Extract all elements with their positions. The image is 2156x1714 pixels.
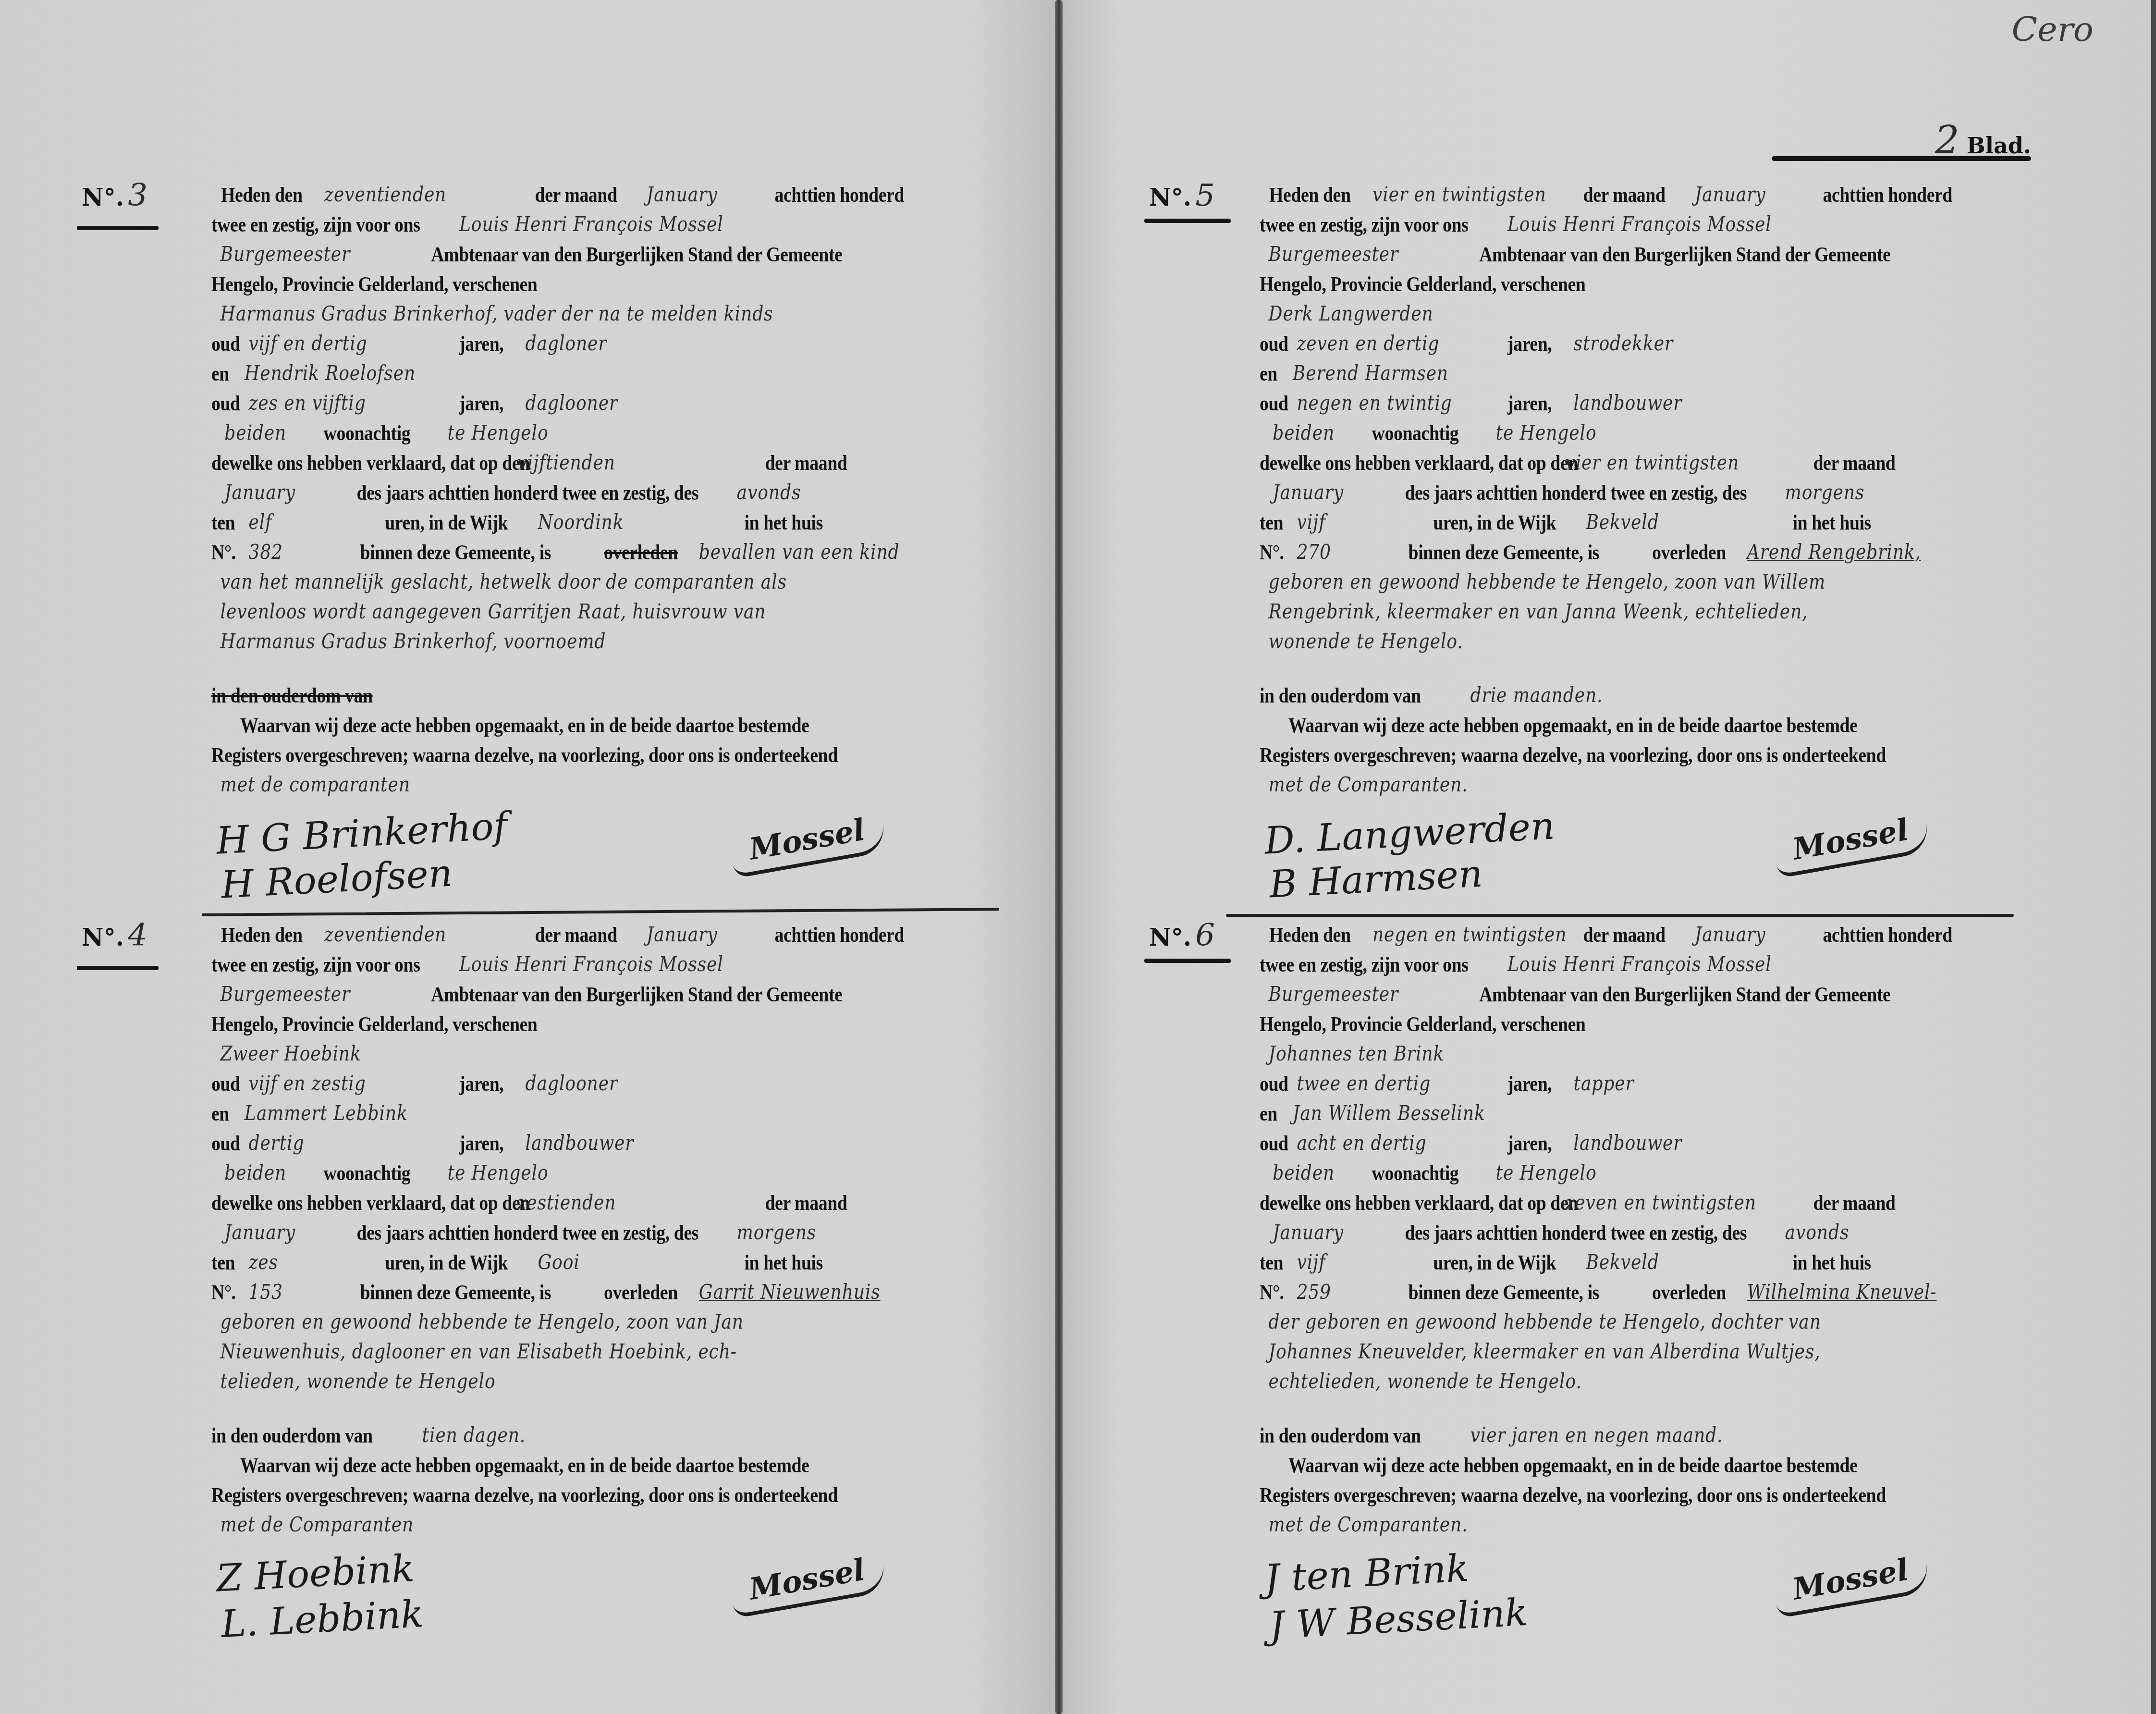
event-day: vier en twintigsten xyxy=(1565,451,1739,474)
printed-text: ten xyxy=(211,1250,235,1275)
printed-text: ten xyxy=(211,510,235,535)
form-line: Heden denzeventiendender maandJanuaryach… xyxy=(221,183,938,212)
printed-text: en xyxy=(1260,361,1277,386)
residence: te Hengelo xyxy=(1496,421,1597,444)
overleden-label: overleden xyxy=(1652,540,1726,565)
declarant1-age: zeven en dertig xyxy=(1297,332,1439,355)
event-day: zeven en twintigsten xyxy=(1565,1191,1756,1214)
record-number-rule xyxy=(1144,219,1231,223)
form-line: Registers overgeschreven; waarna dezelve… xyxy=(211,1483,937,1513)
form-line: met de Comparanten. xyxy=(1264,1513,2027,1542)
declarant1-occupation: dagloner xyxy=(526,332,607,355)
ouderdom-label: in den ouderdom van xyxy=(1260,1423,1421,1448)
ward-value: Bekveld xyxy=(1586,1250,1659,1274)
record: N°.6Heden dennegen en twintigstender maa… xyxy=(1063,913,2151,1682)
record: N°.3Heden denzeventiendender maandJanuar… xyxy=(0,173,1055,875)
form-line: ouddertigjaren,landbouwer xyxy=(211,1131,937,1161)
declarant2-name: Hendrik Roelofsen xyxy=(245,361,416,385)
closing-text: met de Comparanten. xyxy=(1269,1513,1468,1536)
deceased-detail: geboren en gewoond hebbende te Hengelo, … xyxy=(1269,570,1825,593)
printed-text: der maand xyxy=(1813,451,1895,475)
residence-prefix: beiden xyxy=(224,421,286,444)
form-line: telieden, wonende te Hengelo xyxy=(216,1369,938,1399)
sheet-word: Blad. xyxy=(1967,133,2031,159)
printed-text: achttien honderd xyxy=(774,923,904,947)
form-line: Harmanus Gradus Brinkerhof, voornoemd xyxy=(216,629,938,659)
declarant2-name: Jan Willem Besselink xyxy=(1293,1101,1485,1125)
form-line: Januarydes jaars achttien honderd twee e… xyxy=(1264,481,2027,510)
form-line: oudnegen en twintigjaren,landbouwer xyxy=(1260,391,2026,421)
closing-text: met de Comparanten xyxy=(220,1513,414,1536)
declarant1-occupation: tapper xyxy=(1574,1072,1634,1095)
printed-text: twee en zestig, zijn voor ons xyxy=(1260,212,1469,237)
deceased-detail: der geboren en gewoond hebbende te Henge… xyxy=(1269,1310,1821,1333)
form-line: met de comparanten xyxy=(216,773,938,802)
printed-text: in het huis xyxy=(1792,510,1871,535)
closing-text: met de comparanten xyxy=(220,773,410,796)
form-line: echtelieden, wonende te Hengelo. xyxy=(1264,1369,2027,1399)
printed-text: oud xyxy=(1260,332,1288,356)
declarant-signature: D. Langwerden xyxy=(1263,804,1556,863)
printed-text: oud xyxy=(1260,1072,1288,1096)
official-title: Burgemeester xyxy=(1269,242,1399,266)
ward-value: Bekveld xyxy=(1586,510,1659,534)
form-line: N°.259binnen deze Gemeente, isoverledenW… xyxy=(1260,1280,2026,1310)
declarant2-occupation: landbouwer xyxy=(1574,1131,1682,1155)
form-line: Januarydes jaars achttien honderd twee e… xyxy=(1264,1221,2027,1250)
printed-text: uren, in de Wijk xyxy=(385,510,508,535)
book-spine xyxy=(1055,0,1063,1714)
printed-text: Ambtenaar van den Burgerlijken Stand der… xyxy=(431,982,842,1007)
printed-text: oud xyxy=(211,332,240,356)
overleden-label: overleden xyxy=(1652,1280,1726,1305)
form-line: twee en zestig, zijn voor onsLouis Henri… xyxy=(211,952,937,982)
printed-text: jaren, xyxy=(1507,1072,1552,1096)
deceased-detail: Nieuwenhuis, daglooner en van Elisabeth … xyxy=(220,1340,737,1363)
form-line: enLammert Lebbink xyxy=(211,1101,937,1131)
form-line: BurgemeesterAmbtenaar van den Burgerlijk… xyxy=(1264,982,2027,1012)
printed-text: oud xyxy=(211,1131,240,1156)
printed-text: der maand xyxy=(1583,183,1666,207)
printed-text: Hengelo, Provincie Gelderland, verschene… xyxy=(1260,272,1585,296)
ouderdom-label: in den ouderdom van xyxy=(211,683,373,708)
official-name: Louis Henri François Mossel xyxy=(1507,952,1772,976)
form-line: Johannes ten Brink xyxy=(1264,1042,2027,1072)
printed-text: binnen deze Gemeente, is xyxy=(360,1280,551,1305)
month-value: January xyxy=(1695,923,1766,946)
event-text: bevallen van een kind xyxy=(699,540,900,564)
printed-text: en xyxy=(211,361,229,386)
official-name: Louis Henri François Mossel xyxy=(1507,212,1772,236)
printed-text: des jaars achttien honderd twee en zesti… xyxy=(356,481,698,505)
month-value: January xyxy=(1695,183,1766,206)
deceased-detail: geboren en gewoond hebbende te Hengelo, … xyxy=(220,1310,744,1333)
overleden-label: overleden xyxy=(604,1280,678,1305)
form-line: BurgemeesterAmbtenaar van den Burgerlijk… xyxy=(216,242,938,272)
form-line: dewelke ons hebben verklaard, dat op den… xyxy=(1260,1191,2026,1221)
official-signature: Mossel xyxy=(728,1548,888,1618)
form-line: dewelke ons hebben verklaard, dat op den… xyxy=(211,1191,937,1221)
printed-text: Hengelo, Provincie Gelderland, verschene… xyxy=(211,272,537,296)
record: N°.5Heden denvier en twintigstender maan… xyxy=(1063,173,2151,875)
declarant-signature: Z Hoebink xyxy=(215,1547,416,1600)
printed-text: Heden den xyxy=(1269,183,1351,207)
declarant-signature: J ten Brink xyxy=(1263,1547,1470,1601)
printed-text: Ambtenaar van den Burgerlijken Stand der… xyxy=(431,242,842,267)
printed-text: jaren, xyxy=(459,332,503,356)
form-line: van het mannelijk geslacht, hetwelk door… xyxy=(216,570,938,600)
printed-text: Heden den xyxy=(1269,923,1351,947)
printed-text: Registers overgeschreven; waarna dezelve… xyxy=(211,1483,838,1507)
official-title: Burgemeester xyxy=(1269,982,1399,1006)
printed-text: der maand xyxy=(1583,923,1666,947)
event-day: vijftienden xyxy=(517,451,615,474)
deceased-name: Garrit Nieuwenhuis xyxy=(699,1280,881,1304)
form-line: enBerend Harmsen xyxy=(1260,361,2026,391)
printed-text: Registers overgeschreven; waarna dezelve… xyxy=(211,743,838,767)
form-line: Januarydes jaars achttien honderd twee e… xyxy=(216,481,938,510)
house-number: 382 xyxy=(248,540,283,564)
printed-text: twee en zestig, zijn voor ons xyxy=(1260,952,1469,977)
form-line: Rengebrink, kleermaker en van Janna Ween… xyxy=(1264,600,2027,629)
printed-text: Registers overgeschreven; waarna dezelve… xyxy=(1260,1483,1886,1507)
declarant2-age: acht en dertig xyxy=(1297,1131,1426,1155)
deceased-name: Wilhelmina Kneuvel- xyxy=(1747,1280,1937,1304)
month-value: January xyxy=(647,923,718,946)
printed-text: in het huis xyxy=(744,1250,823,1275)
printed-text: dewelke ons hebben verklaard, dat op den xyxy=(211,1191,530,1215)
form-line: Waarvan wij deze acte hebben opgemaakt, … xyxy=(240,1453,941,1483)
printed-text: Heden den xyxy=(221,183,303,207)
deceased-detail: wonende te Hengelo. xyxy=(1269,629,1463,653)
printed-text: oud xyxy=(211,1072,240,1096)
printed-text: achttien honderd xyxy=(774,183,904,207)
form-line: twee en zestig, zijn voor onsLouis Henri… xyxy=(211,212,937,242)
deceased-detail: telieden, wonende te Hengelo xyxy=(220,1369,496,1393)
record-number-value: 5 xyxy=(1195,178,1215,213)
hour-value: vijf xyxy=(1297,510,1325,534)
form-line: Heden dennegen en twintigstender maandJa… xyxy=(1269,923,2028,952)
page-edge xyxy=(2151,0,2156,1714)
residence: te Hengelo xyxy=(1496,1161,1597,1184)
printed-text: Hengelo, Provincie Gelderland, verschene… xyxy=(211,1012,537,1036)
form-line: oudvijf en zestigjaren,daglooner xyxy=(211,1072,937,1101)
record-number-rule xyxy=(1144,959,1231,963)
printed-text: N°. xyxy=(1260,540,1284,565)
declarant2-age: negen en twintig xyxy=(1297,391,1452,415)
printed-text: en xyxy=(211,1101,229,1126)
form-line: BurgemeesterAmbtenaar van den Burgerlijk… xyxy=(216,982,938,1012)
printed-text: Waarvan wij deze acte hebben opgemaakt, … xyxy=(1288,1453,1857,1478)
form-line: Hengelo, Provincie Gelderland, verschene… xyxy=(211,1012,937,1042)
form-line: Heden denzeventiendender maandJanuaryach… xyxy=(221,923,938,952)
form-line: Registers overgeschreven; waarna dezelve… xyxy=(211,743,937,773)
form-line: Waarvan wij deze acte hebben opgemaakt, … xyxy=(240,713,941,743)
declarant1-age: vijf en zestig xyxy=(248,1072,366,1095)
deceased-detail: echtelieden, wonende te Hengelo. xyxy=(1269,1369,1582,1393)
time-of-day: morgens xyxy=(1785,481,1865,504)
age-at-death: drie maanden. xyxy=(1470,683,1603,707)
age-at-death: vier jaren en negen maand. xyxy=(1470,1423,1723,1447)
printed-text: ten xyxy=(1260,1250,1283,1275)
record-number: N°.3 xyxy=(82,178,148,213)
printed-text: jaren, xyxy=(459,1072,503,1096)
printed-text: twee en zestig, zijn voor ons xyxy=(211,952,420,977)
printed-text: Waarvan wij deze acte hebben opgemaakt, … xyxy=(240,713,809,738)
printed-text: achttien honderd xyxy=(1823,183,1952,207)
printed-text: oud xyxy=(211,391,240,416)
form-line: beidenwoonachtigte Hengelo xyxy=(1264,421,2027,451)
printed-text: dewelke ons hebben verklaard, dat op den xyxy=(1260,1191,1578,1215)
form-line: oudtwee en dertigjaren,tapper xyxy=(1260,1072,2026,1101)
ward-value: Noordink xyxy=(538,510,624,534)
event-month: January xyxy=(1273,481,1344,504)
record-number-rule xyxy=(77,966,159,970)
record-number-value: 6 xyxy=(1195,918,1215,953)
printed-text: des jaars achttien honderd twee en zesti… xyxy=(356,1221,698,1245)
printed-text: oud xyxy=(1260,391,1288,416)
form-line: met de Comparanten. xyxy=(1264,773,2027,802)
declarant1-name: Zweer Hoebink xyxy=(220,1042,361,1065)
form-line: Nieuwenhuis, daglooner en van Elisabeth … xyxy=(216,1340,938,1369)
time-of-day: morgens xyxy=(737,1221,817,1244)
form-line: beidenwoonachtigte Hengelo xyxy=(1264,1161,2027,1191)
printed-text: N°. xyxy=(211,1280,236,1305)
register-spread: N°.3Heden denzeventiendender maandJanuar… xyxy=(0,0,2156,1714)
time-of-day: avonds xyxy=(1785,1221,1850,1244)
hour-value: elf xyxy=(248,510,272,534)
form-line: N°.270binnen deze Gemeente, isoverledenA… xyxy=(1260,540,2026,570)
residence-prefix: beiden xyxy=(224,1161,286,1184)
official-name: Louis Henri François Mossel xyxy=(459,212,723,236)
event-month: January xyxy=(1273,1221,1344,1244)
printed-text: jaren, xyxy=(1507,332,1552,356)
declarant-signature: J W Besselink xyxy=(1268,1591,1529,1648)
event-day: zestienden xyxy=(517,1191,616,1214)
printed-text: ten xyxy=(1260,510,1283,535)
printed-text: dewelke ons hebben verklaard, dat op den xyxy=(211,451,530,475)
printed-text: jaren, xyxy=(1507,1131,1552,1156)
printed-text: jaren, xyxy=(459,391,503,416)
form-line: twee en zestig, zijn voor onsLouis Henri… xyxy=(1260,212,2026,242)
age-at-death: tien dagen. xyxy=(422,1423,526,1447)
declarant2-occupation: daglooner xyxy=(526,391,618,415)
official-signature: Mossel xyxy=(1771,808,1932,878)
printed-text: twee en zestig, zijn voor ons xyxy=(211,212,420,237)
declarant2-age: zes en vijftig xyxy=(248,391,366,415)
form-line: enJan Willem Besselink xyxy=(1260,1101,2026,1131)
deceased-detail: Rengebrink, kleermaker en van Janna Ween… xyxy=(1269,600,1808,623)
printed-text: des jaars achttien honderd twee en zesti… xyxy=(1405,1221,1747,1245)
form-line: in den ouderdom van xyxy=(211,683,937,713)
official-name: Louis Henri François Mossel xyxy=(459,952,723,976)
declarant1-name: Harmanus Gradus Brinkerhof, vader der na… xyxy=(220,302,773,325)
printed-text: N°. xyxy=(1260,1280,1284,1305)
form-line: Registers overgeschreven; waarna dezelve… xyxy=(1260,743,2026,773)
printed-text: N°. xyxy=(211,540,236,565)
form-line: Zweer Hoebink xyxy=(216,1042,938,1072)
printed-text: jaren, xyxy=(1507,391,1552,416)
declarant2-name: Berend Harmsen xyxy=(1293,361,1448,385)
record-number: N°.5 xyxy=(1149,178,1215,213)
day-value: zeventienden xyxy=(324,923,446,946)
hour-value: zes xyxy=(248,1250,278,1274)
day-value: negen en twintigsten xyxy=(1372,923,1567,946)
record-number-label: N°. xyxy=(1149,183,1191,211)
record-number-rule xyxy=(77,226,159,230)
residence-prefix: beiden xyxy=(1273,1161,1335,1184)
printed-text: binnen deze Gemeente, is xyxy=(1409,540,1599,565)
printed-text: in het huis xyxy=(744,510,823,535)
house-number: 259 xyxy=(1297,1280,1331,1304)
form-line: enHendrik Roelofsen xyxy=(211,361,937,391)
form-line: Registers overgeschreven; waarna dezelve… xyxy=(1260,1483,2026,1513)
deceased-detail: van het mannelijk geslacht, hetwelk door… xyxy=(220,570,787,593)
form-line: Waarvan wij deze acte hebben opgemaakt, … xyxy=(1288,1453,2031,1483)
printed-text: woonachtig xyxy=(1372,421,1459,445)
official-signature: Mossel xyxy=(1771,1548,1932,1618)
day-value: vier en twintigsten xyxy=(1372,183,1546,206)
declarant2-age: dertig xyxy=(248,1131,304,1155)
record-number-label: N°. xyxy=(82,923,124,951)
printed-text: uren, in de Wijk xyxy=(1433,510,1556,535)
declarant1-name: Johannes ten Brink xyxy=(1269,1042,1445,1065)
month-value: January xyxy=(647,183,718,206)
form-line: Hengelo, Provincie Gelderland, verschene… xyxy=(1260,1012,2026,1042)
declarant1-name: Derk Langwerden xyxy=(1269,302,1433,325)
form-line: dewelke ons hebben verklaard, dat op den… xyxy=(211,451,937,481)
form-line: twee en zestig, zijn voor onsLouis Henri… xyxy=(1260,952,2026,982)
event-month: January xyxy=(224,481,295,504)
form-line: beidenwoonachtigte Hengelo xyxy=(216,421,938,451)
printed-text: Ambtenaar van den Burgerlijken Stand der… xyxy=(1479,242,1890,267)
printed-text: Hengelo, Provincie Gelderland, verschene… xyxy=(1260,1012,1585,1036)
form-line: Hengelo, Provincie Gelderland, verschene… xyxy=(211,272,937,302)
left-page: N°.3Heden denzeventiendender maandJanuar… xyxy=(0,0,1055,1714)
printed-text: Waarvan wij deze acte hebben opgemaakt, … xyxy=(240,1453,809,1478)
form-line: Derk Langwerden xyxy=(1264,302,2027,332)
residence: te Hengelo xyxy=(448,421,549,444)
printed-text: woonachtig xyxy=(324,1161,411,1185)
printed-text: Waarvan wij deze acte hebben opgemaakt, … xyxy=(1288,713,1857,738)
sheet-rule xyxy=(1772,156,2031,161)
ouderdom-label: in den ouderdom van xyxy=(1260,683,1421,708)
form-line: beidenwoonachtigte Hengelo xyxy=(216,1161,938,1191)
printed-text: oud xyxy=(1260,1131,1288,1156)
ouderdom-label: in den ouderdom van xyxy=(211,1423,373,1448)
printed-text: des jaars achttien honderd twee en zesti… xyxy=(1405,481,1747,505)
printed-text: Ambtenaar van den Burgerlijken Stand der… xyxy=(1479,982,1890,1007)
printed-text: achttien honderd xyxy=(1823,923,1952,947)
printed-text: der maand xyxy=(1813,1191,1895,1215)
printed-text: uren, in de Wijk xyxy=(385,1250,508,1275)
record: N°.4Heden denzeventiendender maandJanuar… xyxy=(0,913,1055,1682)
printed-text: der maand xyxy=(535,183,617,207)
form-line: tenelfuren, in de WijkNoordinkin het hui… xyxy=(211,510,937,540)
declarant-signature: H G Brinkerhof xyxy=(215,804,508,863)
form-line: Hengelo, Provincie Gelderland, verschene… xyxy=(1260,272,2026,302)
house-number: 153 xyxy=(248,1280,283,1304)
printed-text: in het huis xyxy=(1792,1250,1871,1275)
declarant1-occupation: daglooner xyxy=(526,1072,618,1095)
form-line: in den ouderdom vandrie maanden. xyxy=(1260,683,2026,713)
declarant1-age: twee en dertig xyxy=(1297,1072,1431,1095)
declarant-signature: L. Lebbink xyxy=(220,1592,425,1646)
form-line: Januarydes jaars achttien honderd twee e… xyxy=(216,1221,938,1250)
form-line: oudzes en vijftigjaren,daglooner xyxy=(211,391,937,421)
form-line: geboren en gewoond hebbende te Hengelo, … xyxy=(1264,570,2027,600)
form-line: BurgemeesterAmbtenaar van den Burgerlijk… xyxy=(1264,242,2027,272)
form-line: met de Comparanten xyxy=(216,1513,938,1542)
record-number: N°.6 xyxy=(1149,918,1215,953)
deceased-name: Arend Rengebrink, xyxy=(1747,540,1921,564)
form-line: N°.153binnen deze Gemeente, isoverledenG… xyxy=(211,1280,937,1310)
form-line: Waarvan wij deze acte hebben opgemaakt, … xyxy=(1288,713,2031,743)
house-number: 270 xyxy=(1297,540,1331,564)
record-number-value: 4 xyxy=(128,918,148,953)
printed-text: binnen deze Gemeente, is xyxy=(360,540,551,565)
residence: te Hengelo xyxy=(448,1161,549,1184)
printed-text: der maand xyxy=(765,451,847,475)
form-line: oudvijf en dertigjaren,dagloner xyxy=(211,332,937,361)
day-value: zeventienden xyxy=(324,183,446,206)
printed-text: uren, in de Wijk xyxy=(1433,1250,1556,1275)
printed-text: woonachtig xyxy=(324,421,411,445)
form-line: in den ouderdom vanvier jaren en negen m… xyxy=(1260,1423,2026,1453)
hour-value: vijf xyxy=(1297,1250,1325,1274)
residence-prefix: beiden xyxy=(1273,421,1335,444)
time-of-day: avonds xyxy=(737,481,801,504)
record-number-label: N°. xyxy=(82,183,124,211)
ward-value: Gooi xyxy=(538,1250,579,1274)
printed-text: jaren, xyxy=(459,1131,503,1156)
deceased-detail: levenloos wordt aangegeven Garritjen Raa… xyxy=(220,600,766,623)
form-line: oudzeven en dertigjaren,strodekker xyxy=(1260,332,2026,361)
closing-text: met de Comparanten. xyxy=(1269,773,1468,796)
form-line: tenvijfuren, in de WijkBekveldin het hui… xyxy=(1260,510,2026,540)
form-line: tenvijfuren, in de WijkBekveldin het hui… xyxy=(1260,1250,2026,1280)
form-line: wonende te Hengelo. xyxy=(1264,629,2027,659)
form-line: Johannes Kneuvelder, kleermaker en van A… xyxy=(1264,1340,2027,1369)
deceased-detail: Harmanus Gradus Brinkerhof, voornoemd xyxy=(220,629,606,653)
printed-text: Heden den xyxy=(221,923,303,947)
declarant2-occupation: landbouwer xyxy=(1574,391,1682,415)
record-number-value: 3 xyxy=(128,178,148,213)
event-month: January xyxy=(224,1221,295,1244)
form-line: geboren en gewoond hebbende te Hengelo, … xyxy=(216,1310,938,1340)
declarant1-age: vijf en dertig xyxy=(248,332,367,355)
form-line: Harmanus Gradus Brinkerhof, vader der na… xyxy=(216,302,938,332)
record-number: N°.4 xyxy=(82,918,148,953)
form-line: levenloos wordt aangegeven Garritjen Raa… xyxy=(216,600,938,629)
deceased-detail: Johannes Kneuvelder, kleermaker en van A… xyxy=(1269,1340,1821,1363)
overleden-label: overleden xyxy=(604,540,678,565)
declarant2-name: Lammert Lebbink xyxy=(245,1101,408,1125)
printed-text: binnen deze Gemeente, is xyxy=(1409,1280,1599,1305)
printed-text: der maand xyxy=(535,923,617,947)
printed-text: dewelke ons hebben verklaard, dat op den xyxy=(1260,451,1578,475)
record-number-label: N°. xyxy=(1149,923,1191,951)
form-line: der geboren en gewoond hebbende te Henge… xyxy=(1264,1310,2027,1340)
right-page: Cero 2Blad. N°.5Heden denvier en twintig… xyxy=(1063,0,2151,1714)
official-title: Burgemeester xyxy=(220,242,351,266)
official-signature: Mossel xyxy=(728,808,888,878)
official-title: Burgemeester xyxy=(220,982,351,1006)
form-line: oudacht en dertigjaren,landbouwer xyxy=(1260,1131,2026,1161)
form-line: dewelke ons hebben verklaard, dat op den… xyxy=(1260,451,2026,481)
printed-text: woonachtig xyxy=(1372,1161,1459,1185)
printed-text: Registers overgeschreven; waarna dezelve… xyxy=(1260,743,1886,767)
